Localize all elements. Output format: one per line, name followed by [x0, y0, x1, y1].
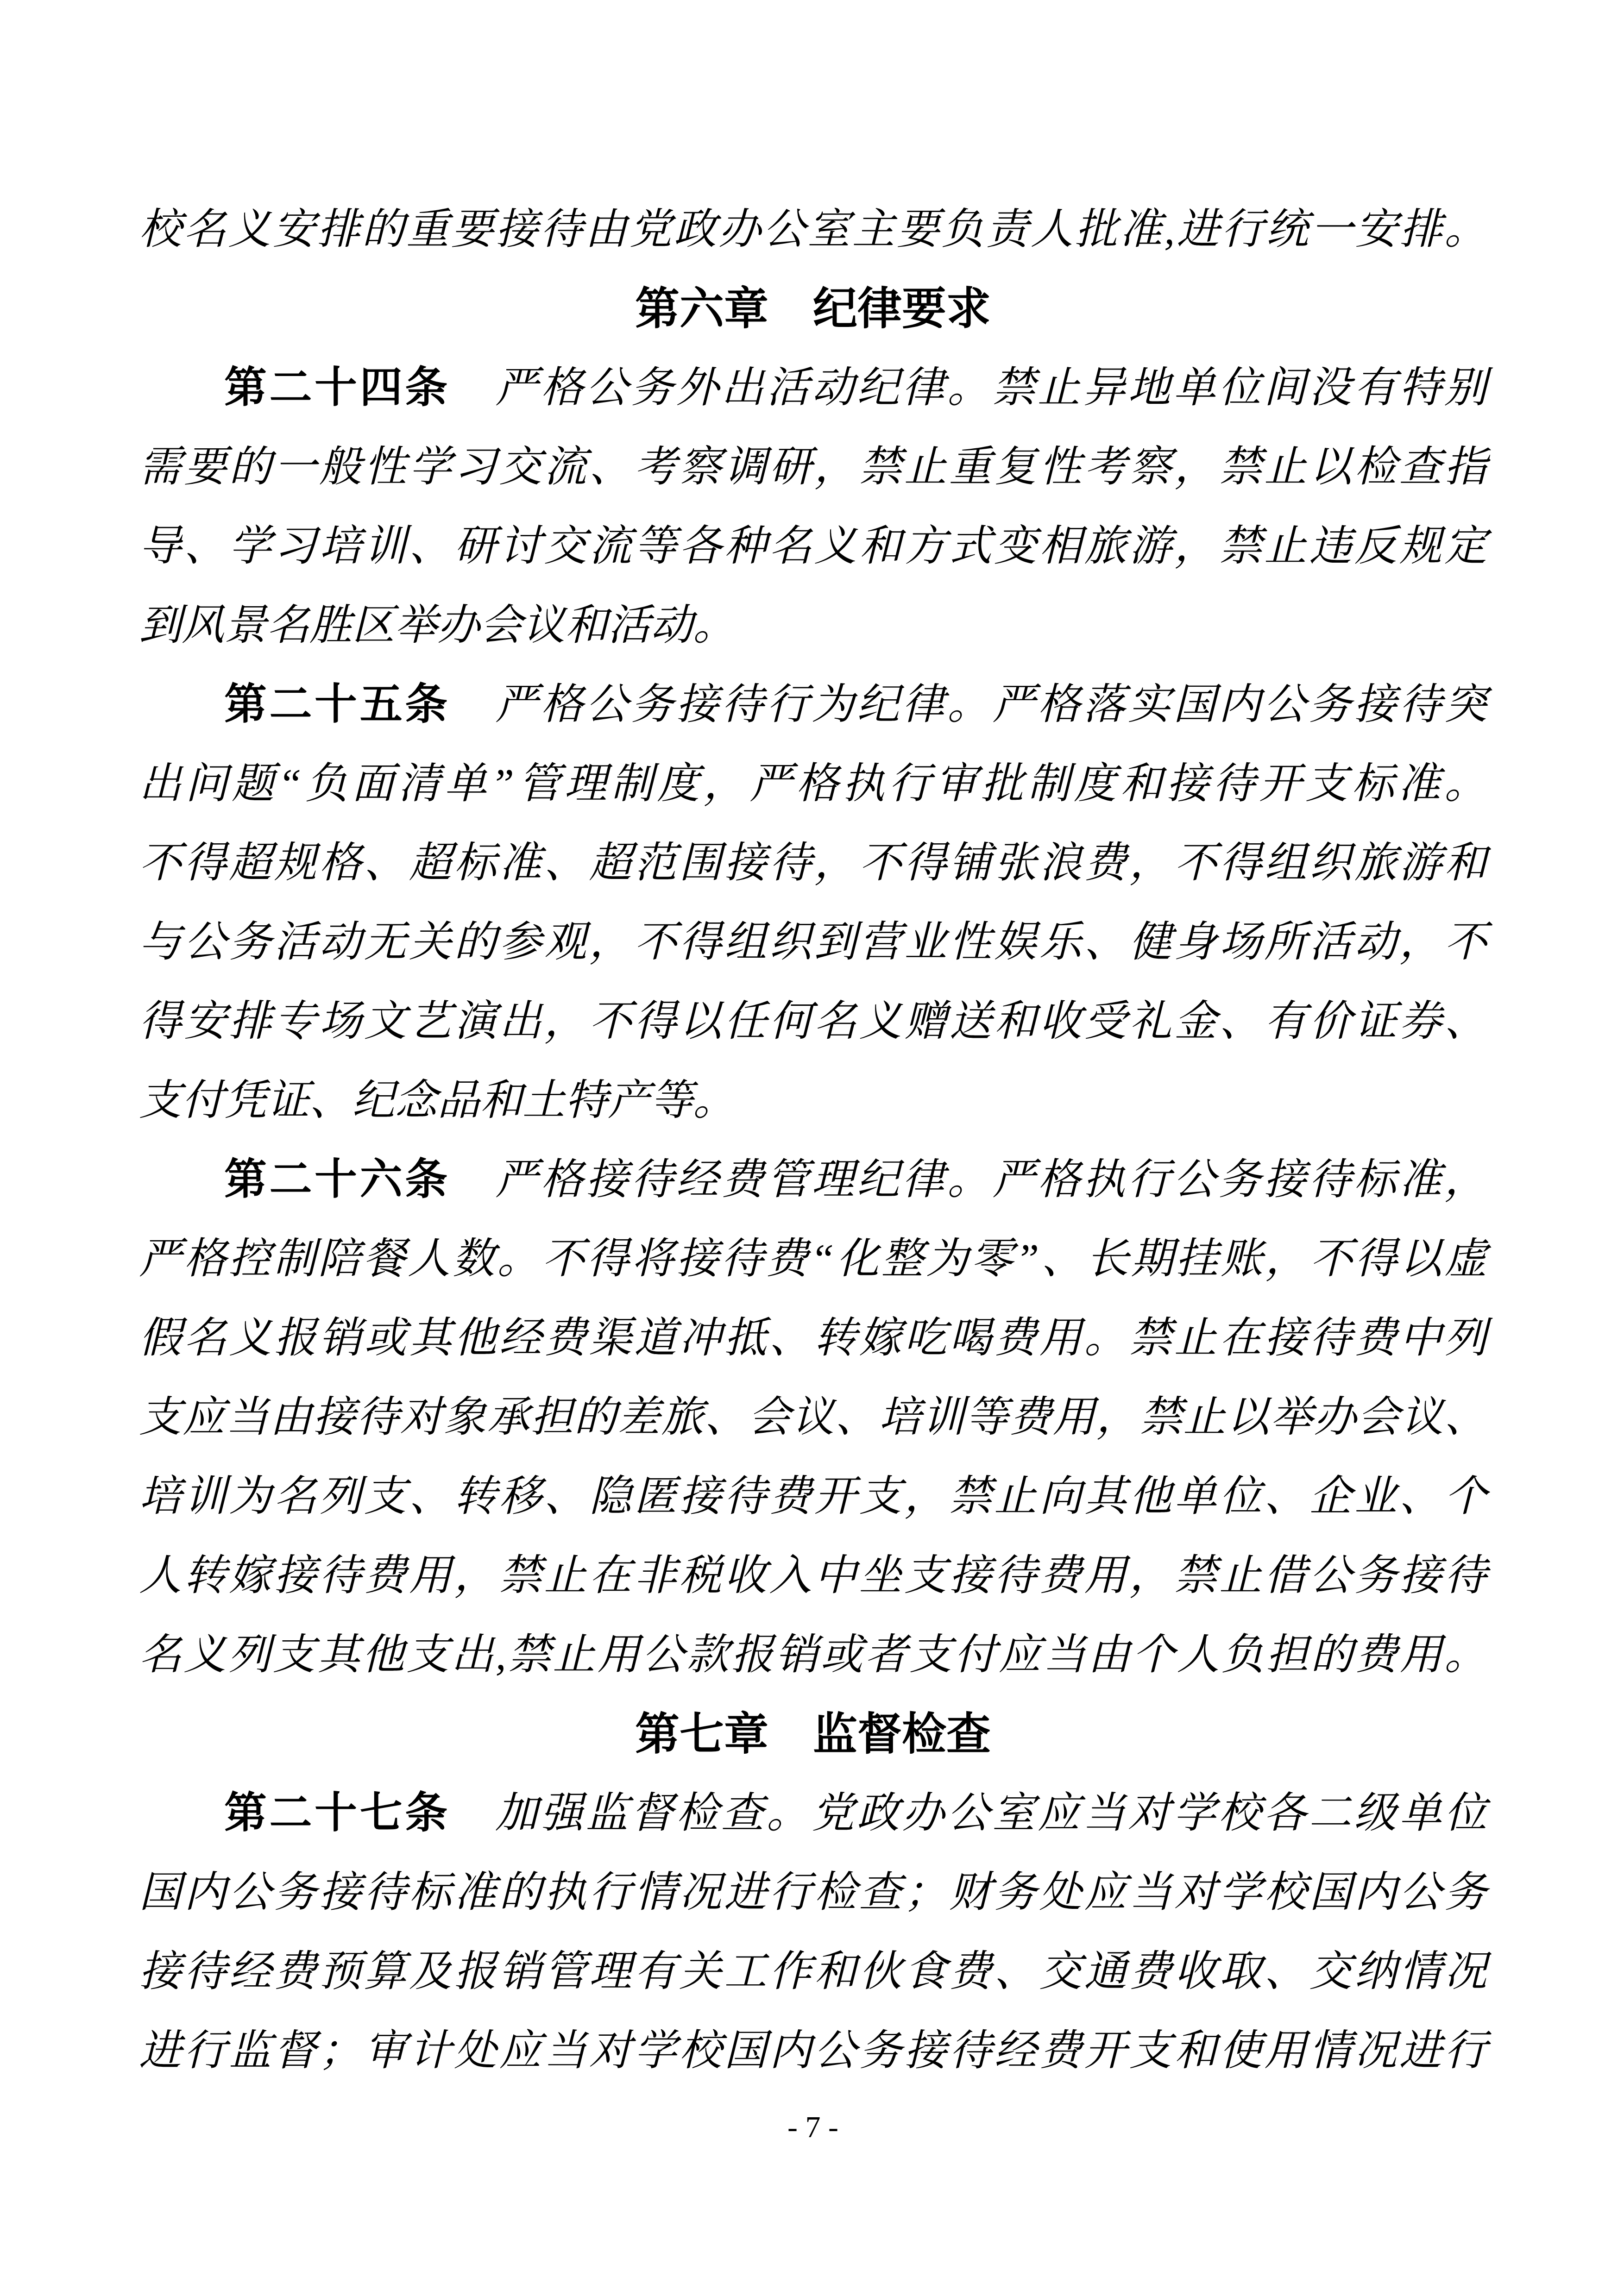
article-26-line-4: 支应当由接待对象承担的差旅、会议、培训等费用，禁止以举办会议、: [139, 1378, 1487, 1457]
article-24-line-4: 到风景名胜区举办会议和活动。: [139, 586, 1487, 665]
article-27-line-3: 接待经费预算及报销管理有关工作和伙食费、交通费收取、交纳情况: [139, 1932, 1487, 2011]
article-26-line-3: 假名义报销或其他经费渠道冲抵、转嫁吃喝费用。禁止在接待费中列: [139, 1299, 1487, 1378]
article-24-text: 严格公务外出活动纪律。禁止异地单位间没有特别: [450, 364, 1487, 411]
article-25-line-6: 支付凭证、纪念品和土特产等。: [139, 1061, 1487, 1140]
article-24-line-1: 第二十四条 严格公务外出活动纪律。禁止异地单位间没有特别: [139, 348, 1487, 427]
article-25-line-3: 不得超规格、超标准、超范围接待，不得铺张浪费，不得组织旅游和: [139, 823, 1487, 903]
chapter-heading-6: 第六章 纪律要求: [139, 269, 1487, 348]
article-number-24: 第二十四条: [224, 364, 450, 411]
article-25-line-1: 第二十五条 严格公务接待行为纪律。严格落实国内公务接待突: [139, 665, 1487, 744]
article-24-line-2: 需要的一般性学习交流、考察调研，禁止重复性考察，禁止以检查指: [139, 427, 1487, 507]
article-26-line-1: 第二十六条 严格接待经费管理纪律。严格执行公务接待标准，: [139, 1140, 1487, 1219]
chapter-heading-7: 第七章 监督检查: [139, 1694, 1487, 1774]
article-27-line-4: 进行监督；审计处应当对学校国内公务接待经费开支和使用情况进行: [139, 2011, 1487, 2090]
article-26-line-2: 严格控制陪餐人数。不得将接待费“化整为零”、长期挂账，不得以虚: [139, 1219, 1487, 1299]
document-page: 校名义安排的重要接待由党政办公室主要负责人批准,进行统一安排。 第六章 纪律要求…: [0, 0, 1624, 2296]
article-number-27: 第二十七条: [224, 1789, 450, 1837]
article-26-text: 严格接待经费管理纪律。严格执行公务接待标准，: [450, 1156, 1487, 1203]
article-27-line-1: 第二十七条 加强监督检查。党政办公室应当对学校各二级单位: [139, 1774, 1487, 1853]
article-25-text: 严格公务接待行为纪律。严格落实国内公务接待突: [450, 681, 1487, 728]
article-27-text: 加强监督检查。党政办公室应当对学校各二级单位: [450, 1789, 1487, 1837]
page-number: - 7 -: [139, 2110, 1487, 2145]
article-number-25: 第二十五条: [224, 681, 450, 728]
article-27-line-2: 国内公务接待标准的执行情况进行检查；财务处应当对学校国内公务: [139, 1853, 1487, 1932]
article-25-line-2: 出问题“负面清单”管理制度，严格执行审批制度和接待开支标准。: [139, 744, 1487, 823]
article-24-line-3: 导、学习培训、研讨交流等各种名义和方式变相旅游，禁止违反规定: [139, 507, 1487, 586]
body-line-continuation: 校名义安排的重要接待由党政办公室主要负责人批准,进行统一安排。: [139, 190, 1487, 269]
article-25-line-5: 得安排专场文艺演出，不得以任何名义赠送和收受礼金、有价证券、: [139, 982, 1487, 1061]
article-26-line-6: 人转嫁接待费用，禁止在非税收入中坐支接待费用，禁止借公务接待: [139, 1536, 1487, 1615]
article-26-line-7: 名义列支其他支出,禁止用公款报销或者支付应当由个人负担的费用。: [139, 1615, 1487, 1694]
article-26-line-5: 培训为名列支、转移、隐匿接待费开支，禁止向其他单位、企业、个: [139, 1457, 1487, 1536]
article-number-26: 第二十六条: [224, 1156, 450, 1203]
article-25-line-4: 与公务活动无关的参观，不得组织到营业性娱乐、健身场所活动，不: [139, 903, 1487, 982]
document-body: 校名义安排的重要接待由党政办公室主要负责人批准,进行统一安排。 第六章 纪律要求…: [139, 190, 1487, 2090]
